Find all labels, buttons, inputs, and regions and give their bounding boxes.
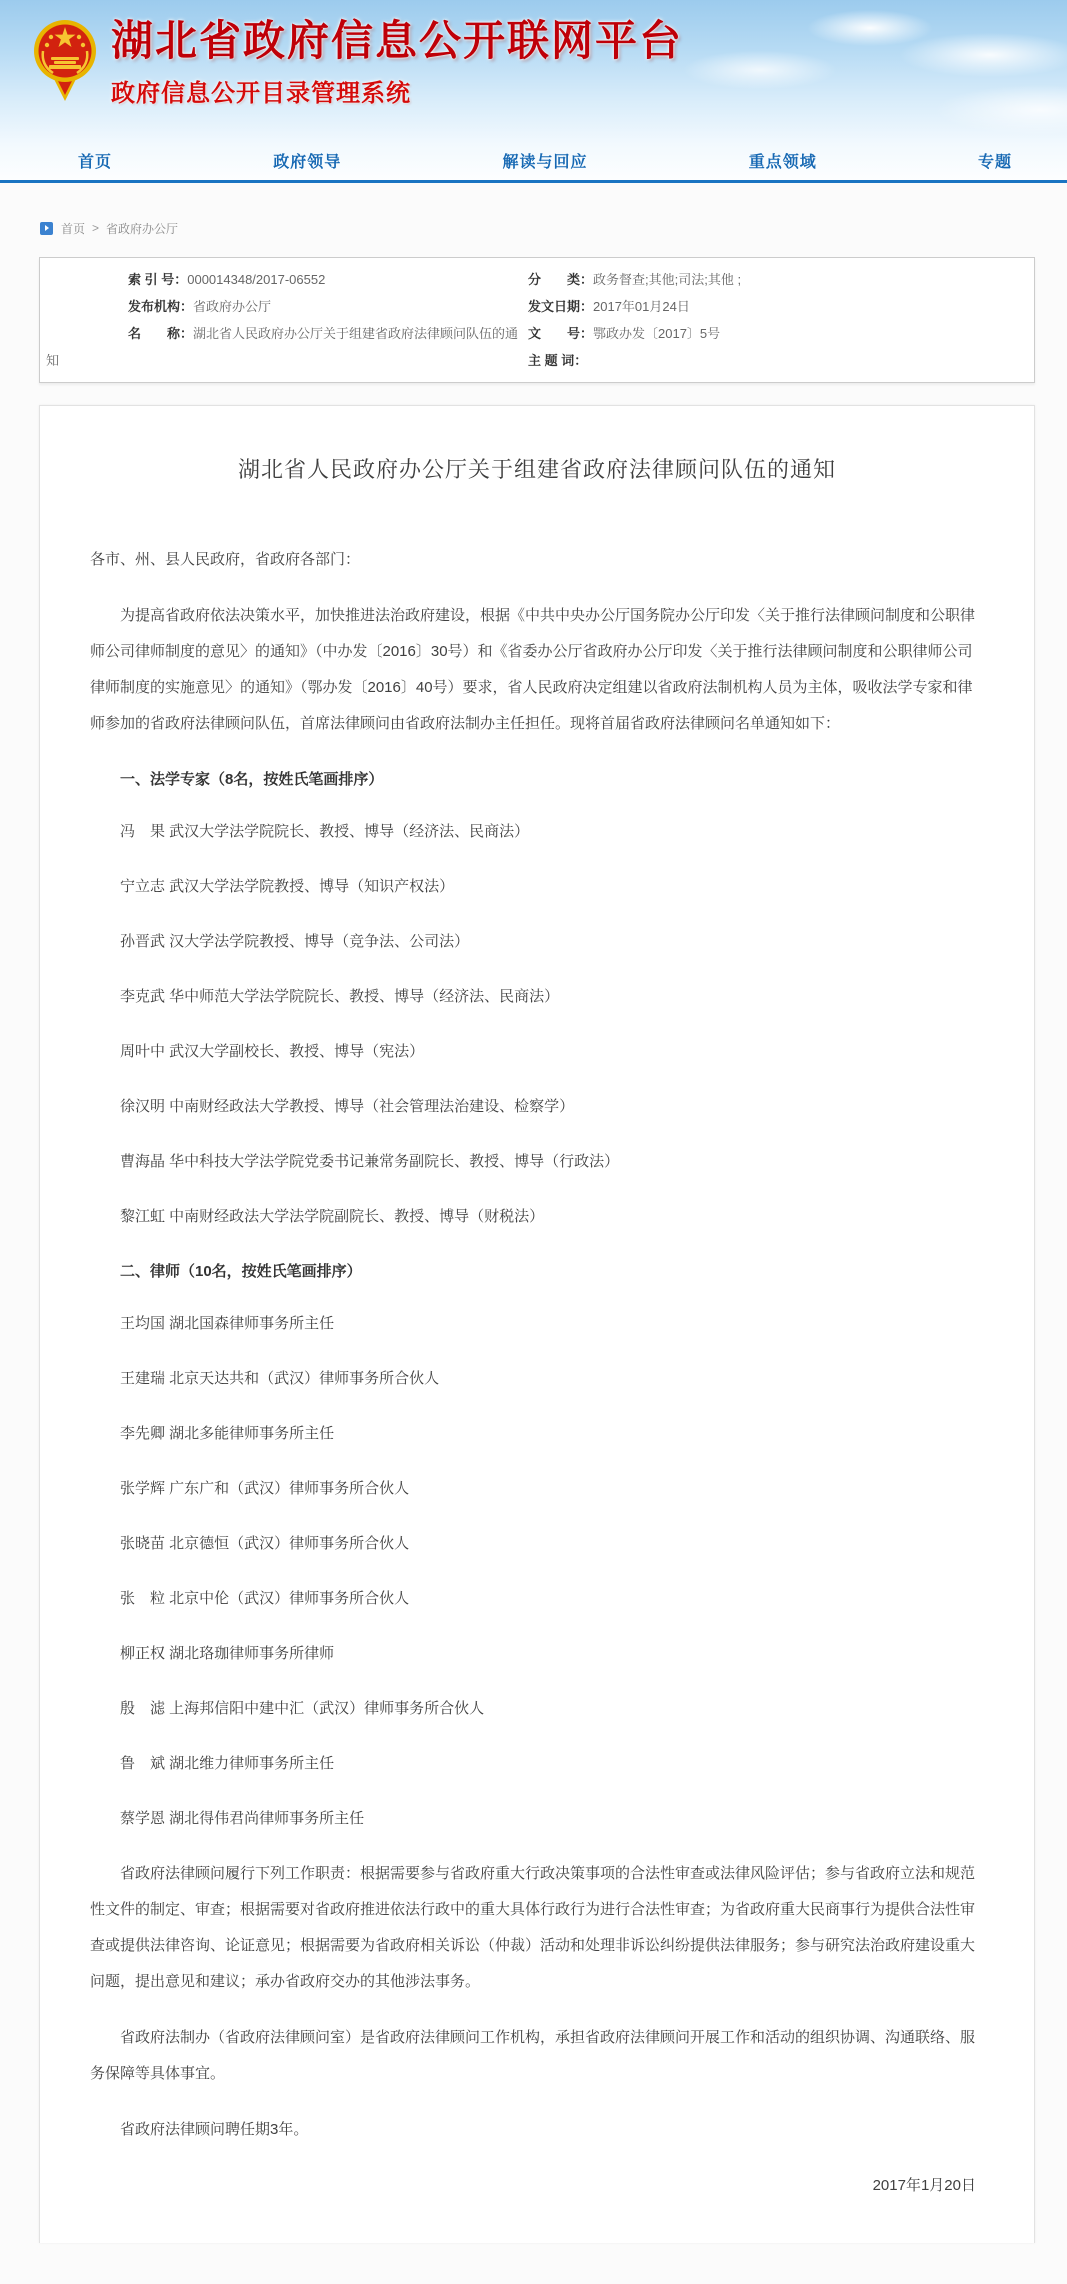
brand-text: 湖北省政府信息公开联网平台 政府信息公开目录管理系统 <box>111 15 683 108</box>
meta-row-doc-number: 文 号：鄂政办发〔2017〕5号 <box>528 320 1024 347</box>
meta-label: 文 号： <box>528 326 593 341</box>
site-header: 湖北省政府信息公开联网平台 政府信息公开目录管理系统 首页 政府领导 解读与回应… <box>0 0 1067 183</box>
article-term-paragraph: 省政府法律顾问聘任期3年。 <box>90 2112 984 2148</box>
section-heading-lawyers: 二、律师（10名，按姓氏笔画排序） <box>90 1254 984 1290</box>
nav-item-home[interactable]: 首页 <box>78 149 112 172</box>
meta-row-issue-date: 发文日期：2017年01月24日 <box>528 293 1024 320</box>
meta-right-column: 分 类：政务督查;其他;司法;其他 ; 发文日期：2017年01月24日 文 号… <box>528 266 1034 374</box>
expert-list-item: 冯 果 武汉大学法学院院长、教授、博导（经济法、民商法） <box>90 814 984 850</box>
lawyer-list-item: 李先卿 湖北多能律师事务所主任 <box>90 1416 984 1452</box>
lawyer-list-item: 张 粒 北京中伦（武汉）律师事务所合伙人 <box>90 1581 984 1617</box>
meta-label: 发布机构： <box>128 299 193 314</box>
nav-item-interpretation[interactable]: 解读与回应 <box>502 149 587 172</box>
article-container: 湖北省人民政府办公厅关于组建省政府法律顾问队伍的通知 各市、州、县人民政府，省政… <box>39 405 1035 2243</box>
site-title: 湖北省政府信息公开联网平台 <box>111 15 683 67</box>
page: { "header": { "title": "湖北省政府信息公开联网平台", … <box>0 0 1067 2284</box>
article-intro-paragraph: 为提高省政府依法决策水平，加快推进法治政府建设，根据《中共中央办公厅国务院办公厅… <box>90 598 984 742</box>
site-subtitle: 政府信息公开目录管理系统 <box>111 73 683 108</box>
expert-list-item: 李克武 华中师范大学法学院院长、教授、博导（经济法、民商法） <box>90 979 984 1015</box>
expert-list-item: 孙晋武 汉大学法学院教授、博导（竞争法、公司法） <box>90 924 984 960</box>
lawyer-list-item: 殷 滤 上海邦信阳中建中汇（武汉）律师事务所合伙人 <box>90 1691 984 1727</box>
lawyer-list-item: 王建瑞 北京天达共和（武汉）律师事务所合伙人 <box>90 1361 984 1397</box>
article-title: 湖北省人民政府办公厅关于组建省政府法律顾问队伍的通知 <box>90 453 984 484</box>
main-nav: 首页 政府领导 解读与回应 重点领域 专题 <box>0 149 1067 172</box>
meta-row-title: 名 称：湖北省人民政府办公厅关于组建省政府法律顾问队伍的通知 <box>46 320 528 374</box>
nav-item-leaders[interactable]: 政府领导 <box>273 149 341 172</box>
meta-value: 鄂政办发〔2017〕5号 <box>593 326 720 341</box>
expert-list-item: 曹海晶 华中科技大学法学院党委书记兼常务副院长、教授、博导（行政法） <box>90 1144 984 1180</box>
expert-list-item: 黎江虹 中南财经政法大学法学院副院长、教授、博导（财税法） <box>90 1199 984 1235</box>
lawyer-list-item: 王均国 湖北国森律师事务所主任 <box>90 1306 984 1342</box>
meta-row-publisher: 发布机构：省政府办公厅 <box>46 293 528 320</box>
lawyer-list-item: 张晓苗 北京德恒（武汉）律师事务所合伙人 <box>90 1526 984 1562</box>
lawyer-list-item: 鲁 斌 湖北维力律师事务所主任 <box>90 1746 984 1782</box>
meta-value: 000014348/2017-06552 <box>187 272 325 287</box>
nav-item-topics[interactable]: 专题 <box>978 149 1012 172</box>
expert-list-item: 宁立志 武汉大学法学院教授、博导（知识产权法） <box>90 869 984 905</box>
breadcrumb-marker-icon <box>40 222 53 235</box>
lawyer-list-item: 柳正权 湖北珞珈律师事务所律师 <box>90 1636 984 1672</box>
article-duties-paragraph: 省政府法律顾问履行下列工作职责：根据需要参与省政府重大行政决策事项的合法性审查或… <box>90 1856 984 2000</box>
meta-value: 湖北省人民政府办公厅关于组建省政府法律顾问队伍的通知 <box>46 326 518 368</box>
article-office-paragraph: 省政府法制办（省政府法律顾问室）是省政府法律顾问工作机构，承担省政府法律顾问开展… <box>90 2020 984 2092</box>
meta-label: 分 类： <box>528 272 593 287</box>
breadcrumb: 首页 > 省政府办公厅 <box>40 219 1067 237</box>
meta-value: 省政府办公厅 <box>193 299 271 314</box>
breadcrumb-home-link[interactable]: 首页 <box>61 220 85 237</box>
expert-list-item: 徐汉明 中南财经政法大学教授、博导（社会管理法治建设、检察学） <box>90 1089 984 1125</box>
breadcrumb-separator: > <box>92 221 99 235</box>
article-date: 2017年1月20日 <box>90 2168 984 2204</box>
section-heading-experts: 一、法学专家（8名，按姓氏笔画排序） <box>90 762 984 798</box>
meta-value: 2017年01月24日 <box>593 299 690 314</box>
meta-label: 索 引 号： <box>128 272 187 287</box>
document-meta-box: 索 引 号：000014348/2017-06552 发布机构：省政府办公厅 名… <box>39 257 1035 383</box>
site-brand: 湖北省政府信息公开联网平台 政府信息公开目录管理系统 <box>0 0 1067 108</box>
breadcrumb-current-link[interactable]: 省政府办公厅 <box>106 220 178 237</box>
lawyer-list-item: 蔡学恩 湖北得伟君尚律师事务所主任 <box>90 1801 984 1837</box>
nav-item-key-areas[interactable]: 重点领域 <box>749 149 817 172</box>
meta-row-category: 分 类：政务督查;其他;司法;其他 ; <box>528 266 1024 293</box>
national-emblem-icon <box>33 15 97 105</box>
meta-row-index-number: 索 引 号：000014348/2017-06552 <box>46 266 528 293</box>
meta-left-column: 索 引 号：000014348/2017-06552 发布机构：省政府办公厅 名… <box>40 266 528 374</box>
lawyer-list-item: 张学辉 广东广和（武汉）律师事务所合伙人 <box>90 1471 984 1507</box>
meta-label: 主 题 词： <box>528 353 587 368</box>
meta-value: 政务督查;其他;司法;其他 ; <box>593 272 741 287</box>
meta-label: 发文日期： <box>528 299 593 314</box>
article-salutation: 各市、州、县人民政府，省政府各部门： <box>90 542 984 578</box>
expert-list-item: 周叶中 武汉大学副校长、教授、博导（宪法） <box>90 1034 984 1070</box>
meta-row-keywords: 主 题 词： <box>528 347 1024 374</box>
meta-label: 名 称： <box>128 326 193 341</box>
